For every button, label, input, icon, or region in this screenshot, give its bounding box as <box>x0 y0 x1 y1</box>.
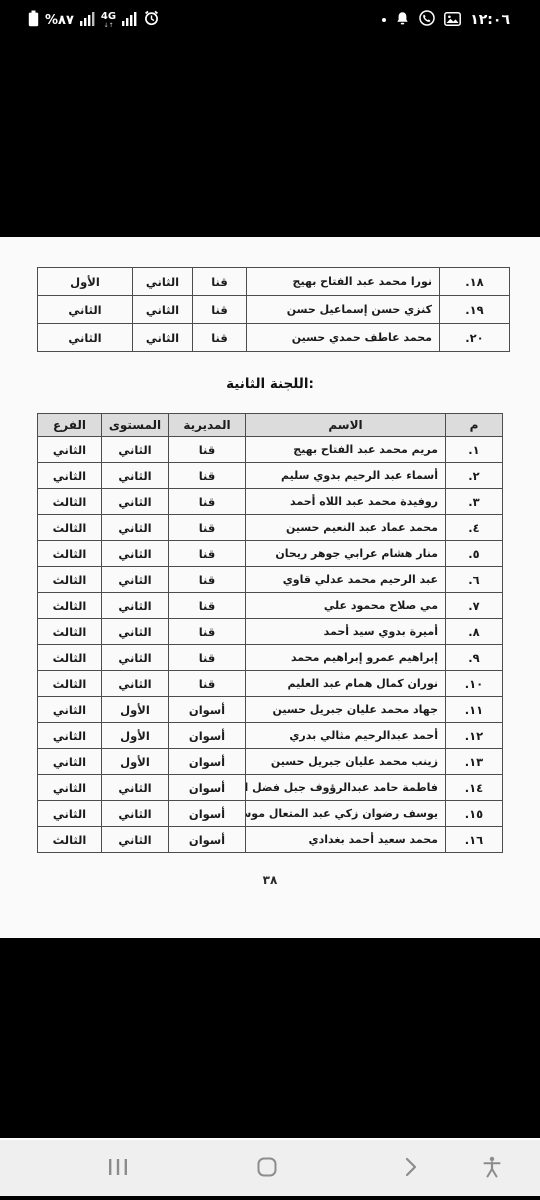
directorate-cell: قنا <box>169 515 246 541</box>
directorate-cell: قنا <box>169 619 246 645</box>
table-row: ١٤. فاطمة حامد عبدالرؤوف جبل فضل الله أس… <box>38 775 503 801</box>
table-row: ١٨. نورا محمد عبد الفتاح بهيج قنا الثاني… <box>38 268 510 296</box>
directorate-cell: قنا <box>169 567 246 593</box>
back-button[interactable] <box>404 1157 418 1181</box>
branch-cell: الثالث <box>38 541 102 567</box>
level-cell: الثاني <box>102 541 169 567</box>
section-title: اللجنة الثانية: <box>0 376 540 392</box>
accessibility-icon <box>482 1163 502 1182</box>
row-number-cell: ١٤. <box>446 775 503 801</box>
recents-button[interactable] <box>108 1158 128 1180</box>
bell-icon <box>395 11 410 30</box>
row-number-cell: ١٢. <box>446 723 503 749</box>
branch-cell: الثالث <box>38 567 102 593</box>
directorate-cell: أسوان <box>169 723 246 749</box>
name-cell: زينب محمد عليان جبريل حسين <box>246 749 446 775</box>
name-cell: مريم محمد عبد الفتاح بهيج <box>246 437 446 463</box>
directorate-cell: قنا <box>193 268 247 296</box>
directorate-cell: أسوان <box>169 801 246 827</box>
table-row: ٥. منار هشام عرابي جوهر ريحان قنا الثاني… <box>38 541 503 567</box>
directorate-cell: قنا <box>169 671 246 697</box>
battery-percent-label: %٨٧ <box>45 13 74 28</box>
level-cell: الثاني <box>102 827 169 853</box>
name-cell: كنزي حسن إسماعيل حسن <box>247 296 440 324</box>
branch-cell: الثاني <box>38 749 102 775</box>
level-cell: الثاني <box>102 645 169 671</box>
row-number-cell: ١٥. <box>446 801 503 827</box>
name-cell: منار هشام عرابي جوهر ريحان <box>246 541 446 567</box>
clock-time: ١٢:٠٦ <box>470 12 510 28</box>
directorate-cell: أسوان <box>169 697 246 723</box>
notification-dot-icon <box>382 18 386 22</box>
branch-cell: الثالث <box>38 671 102 697</box>
alarm-clock-icon <box>143 10 160 30</box>
branch-cell: الثاني <box>38 296 133 324</box>
name-cell: نوران كمال همام عبد العليم <box>246 671 446 697</box>
directorate-cell: أسوان <box>169 775 246 801</box>
directorate-cell: قنا <box>169 541 246 567</box>
level-cell: الثاني <box>102 801 169 827</box>
row-number-cell: ١١. <box>446 697 503 723</box>
branch-cell: الأول <box>38 268 133 296</box>
directorate-cell: أسوان <box>169 749 246 775</box>
table-row: ١٣. زينب محمد عليان جبريل حسين أسوان الأ… <box>38 749 503 775</box>
level-cell: الثاني <box>133 324 193 352</box>
gallery-icon <box>444 11 461 30</box>
name-cell: جهاد محمد عليان جبريل حسين <box>246 697 446 723</box>
table-row: ١٢. أحمد عبدالرحيم مثالي بدري أسوان الأو… <box>38 723 503 749</box>
directorate-cell: قنا <box>169 463 246 489</box>
table-row: ٧. مي صلاح محمود علي قنا الثاني الثالث <box>38 593 503 619</box>
branch-cell: الثاني <box>38 697 102 723</box>
committee-one-table-continuation: ١٨. نورا محمد عبد الفتاح بهيج قنا الثاني… <box>37 267 510 352</box>
table-row: ١٦. محمد سعيد أحمد بغدادي أسوان الثاني ا… <box>38 827 503 853</box>
branch-cell: الثالث <box>38 489 102 515</box>
signal-bars-icon <box>122 11 137 30</box>
row-number-cell: ٧. <box>446 593 503 619</box>
row-number-cell: ١٠. <box>446 671 503 697</box>
branch-cell: الثالث <box>38 645 102 671</box>
level-cell: الثاني <box>102 515 169 541</box>
level-cell: الثاني <box>102 619 169 645</box>
name-cell: عبد الرحيم محمد عدلي قاوي <box>246 567 446 593</box>
committee-two-table: م الاسم المديرية المستوى الفرع ١. مريم م… <box>37 413 503 853</box>
table-row: ٤. محمد عماد عبد النعيم حسين قنا الثاني … <box>38 515 503 541</box>
level-cell: الثاني <box>102 567 169 593</box>
branch-cell: الثالث <box>38 515 102 541</box>
directorate-cell: أسوان <box>169 827 246 853</box>
data-arrows-icon: ↓↑ <box>103 23 113 29</box>
network-4g-indicator: 4G ↓↑ <box>101 12 116 29</box>
table-row: ٢٠. محمد عاطف حمدي حسين قنا الثاني الثان… <box>38 324 510 352</box>
directorate-cell: قنا <box>169 437 246 463</box>
level-cell: الأول <box>102 749 169 775</box>
table-row: ٦. عبد الرحيم محمد عدلي قاوي قنا الثاني … <box>38 567 503 593</box>
table-row: ١. مريم محمد عبد الفتاح بهيج قنا الثاني … <box>38 437 503 463</box>
status-right-group: ١٢:٠٦ <box>382 10 510 30</box>
name-cell: إبراهيم عمرو إبراهيم محمد <box>246 645 446 671</box>
table-row: ٣. روفيدة محمد عبد اللاه أحمد قنا الثاني… <box>38 489 503 515</box>
table-row: ٨. أميرة بدوي سيد أحمد قنا الثاني الثالث <box>38 619 503 645</box>
level-cell: الثاني <box>102 671 169 697</box>
name-cell: روفيدة محمد عبد اللاه أحمد <box>246 489 446 515</box>
status-bar: %٨٧ 4G ↓↑ ١٢:٠٦ <box>0 0 540 38</box>
row-number-cell: ٩. <box>446 645 503 671</box>
header-name: الاسم <box>246 414 446 437</box>
row-number-cell: ٢٠. <box>440 324 510 352</box>
row-number-cell: ٢. <box>446 463 503 489</box>
level-cell: الثاني <box>102 463 169 489</box>
row-number-cell: ١٨. <box>440 268 510 296</box>
home-button[interactable] <box>257 1157 277 1181</box>
level-cell: الثاني <box>102 437 169 463</box>
branch-cell: الثالث <box>38 593 102 619</box>
row-number-cell: ١٩. <box>440 296 510 324</box>
directorate-cell: قنا <box>193 324 247 352</box>
network-type-label: 4G <box>101 12 116 22</box>
row-number-cell: ١٦. <box>446 827 503 853</box>
table-row: ٢. أسماء عبد الرحيم بدوي سليم قنا الثاني… <box>38 463 503 489</box>
home-icon <box>257 1162 277 1181</box>
branch-cell: الثاني <box>38 723 102 749</box>
level-cell: الثاني <box>133 296 193 324</box>
accessibility-button[interactable] <box>482 1156 502 1182</box>
table-row: ١١. جهاد محمد عليان جبريل حسين أسوان الأ… <box>38 697 503 723</box>
name-cell: نورا محمد عبد الفتاح بهيج <box>247 268 440 296</box>
name-cell: أحمد عبدالرحيم مثالي بدري <box>246 723 446 749</box>
name-cell: يوسف رضوان زكي عبد المتعال موسى <box>246 801 446 827</box>
status-left-group: %٨٧ 4G ↓↑ <box>28 10 160 31</box>
table-row: ١٥. يوسف رضوان زكي عبد المتعال موسى أسوا… <box>38 801 503 827</box>
battery-icon <box>28 10 39 31</box>
screen-bottom-strip <box>0 1196 540 1200</box>
level-cell: الثاني <box>133 268 193 296</box>
branch-cell: الثاني <box>38 437 102 463</box>
table-row: ٩. إبراهيم عمرو إبراهيم محمد قنا الثاني … <box>38 645 503 671</box>
branch-cell: الثاني <box>38 775 102 801</box>
phone-call-icon <box>419 10 435 30</box>
name-cell: فاطمة حامد عبدالرؤوف جبل فضل الله <box>246 775 446 801</box>
row-number-cell: ٦. <box>446 567 503 593</box>
name-cell: محمد سعيد أحمد بغدادي <box>246 827 446 853</box>
navigation-bar <box>0 1138 540 1196</box>
branch-cell: الثالث <box>38 619 102 645</box>
directorate-cell: قنا <box>169 593 246 619</box>
level-cell: الأول <box>102 697 169 723</box>
header-directorate: المديرية <box>169 414 246 437</box>
branch-cell: الثاني <box>38 324 133 352</box>
row-number-cell: ٤. <box>446 515 503 541</box>
name-cell: محمد عاطف حمدي حسين <box>247 324 440 352</box>
branch-cell: الثاني <box>38 463 102 489</box>
level-cell: الثاني <box>102 593 169 619</box>
page-number: ٣٨ <box>0 873 540 887</box>
level-cell: الأول <box>102 723 169 749</box>
level-cell: الثاني <box>102 775 169 801</box>
name-cell: محمد عماد عبد النعيم حسين <box>246 515 446 541</box>
row-number-cell: ١. <box>446 437 503 463</box>
header-number: م <box>446 414 503 437</box>
directorate-cell: قنا <box>193 296 247 324</box>
row-number-cell: ٥. <box>446 541 503 567</box>
directorate-cell: قنا <box>169 645 246 671</box>
row-number-cell: ٨. <box>446 619 503 645</box>
table-header-row: م الاسم المديرية المستوى الفرع <box>38 414 503 437</box>
row-number-cell: ٣. <box>446 489 503 515</box>
back-chevron-icon <box>404 1162 418 1181</box>
recents-icon <box>108 1161 128 1180</box>
row-number-cell: ١٣. <box>446 749 503 775</box>
branch-cell: الثالث <box>38 827 102 853</box>
name-cell: مي صلاح محمود علي <box>246 593 446 619</box>
document-page[interactable]: ١٨. نورا محمد عبد الفتاح بهيج قنا الثاني… <box>0 237 540 938</box>
level-cell: الثاني <box>102 489 169 515</box>
table-row: ١٩. كنزي حسن إسماعيل حسن قنا الثاني الثا… <box>38 296 510 324</box>
name-cell: أسماء عبد الرحيم بدوي سليم <box>246 463 446 489</box>
directorate-cell: قنا <box>169 489 246 515</box>
signal-bars-icon <box>80 11 95 30</box>
header-branch: الفرع <box>38 414 102 437</box>
header-level: المستوى <box>102 414 169 437</box>
table-row: ١٠. نوران كمال همام عبد العليم قنا الثان… <box>38 671 503 697</box>
name-cell: أميرة بدوي سيد أحمد <box>246 619 446 645</box>
branch-cell: الثاني <box>38 801 102 827</box>
